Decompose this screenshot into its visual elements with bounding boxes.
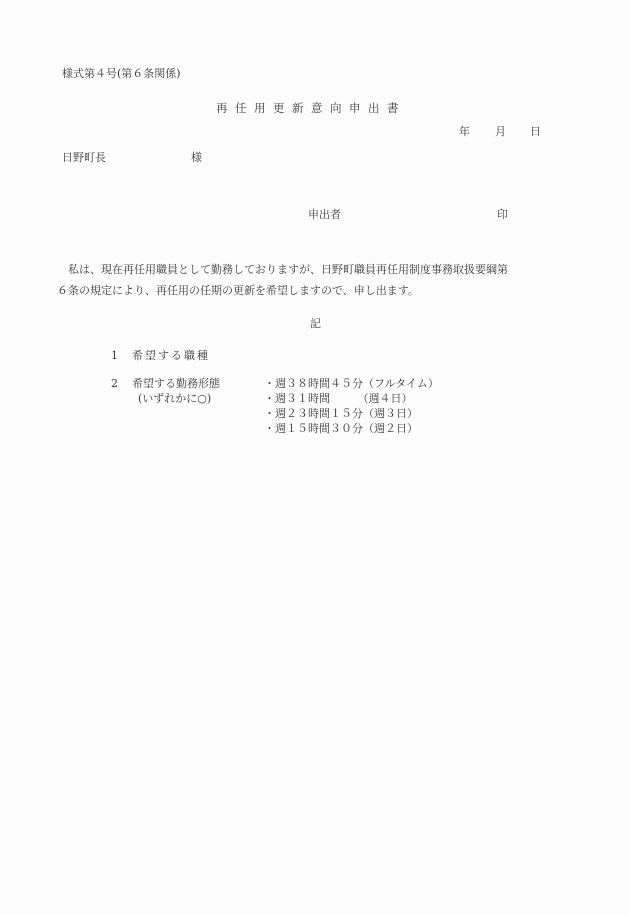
item-2-number: 2 bbox=[111, 378, 118, 389]
addressee-honorific: 様 bbox=[191, 152, 202, 163]
option-3-days: ・週２３時間１５分（週３日） bbox=[264, 408, 418, 419]
date-month-label: 月 bbox=[495, 126, 506, 137]
body-line-1: 私は、現在再任用職員として勤務しておりますが、日野町職員再任用制度事務取扱要綱第 bbox=[57, 264, 508, 275]
body-line-2: ６条の規定により、再任用の任期の更新を希望しますので、申し出ます。 bbox=[57, 285, 419, 296]
form-title: 再任用更新意向申出書 bbox=[216, 103, 406, 115]
ki-heading: 記 bbox=[310, 318, 321, 329]
date-year-label: 年 bbox=[459, 126, 470, 137]
item-2-label: 希望する勤務形態 bbox=[132, 378, 220, 389]
option-full-time: ・週３８時間４５分（フルタイム） bbox=[264, 378, 439, 389]
seal-label: 印 bbox=[497, 209, 508, 220]
option-4-days: ・週３１時間 （週４日） bbox=[264, 393, 413, 404]
option-2-days: ・週１５時間３０分（週２日） bbox=[264, 423, 418, 434]
item-1-number: 1 bbox=[111, 350, 118, 361]
item-1-label: 希望する職種 bbox=[132, 350, 210, 361]
applicant-label: 申出者 bbox=[308, 209, 341, 220]
date-day-label: 日 bbox=[530, 126, 541, 137]
form-number: 様式第４号(第６条関係) bbox=[62, 68, 181, 79]
addressee-name: 日野町長 bbox=[62, 152, 106, 163]
item-2-note: (いずれかに○) bbox=[138, 393, 211, 404]
